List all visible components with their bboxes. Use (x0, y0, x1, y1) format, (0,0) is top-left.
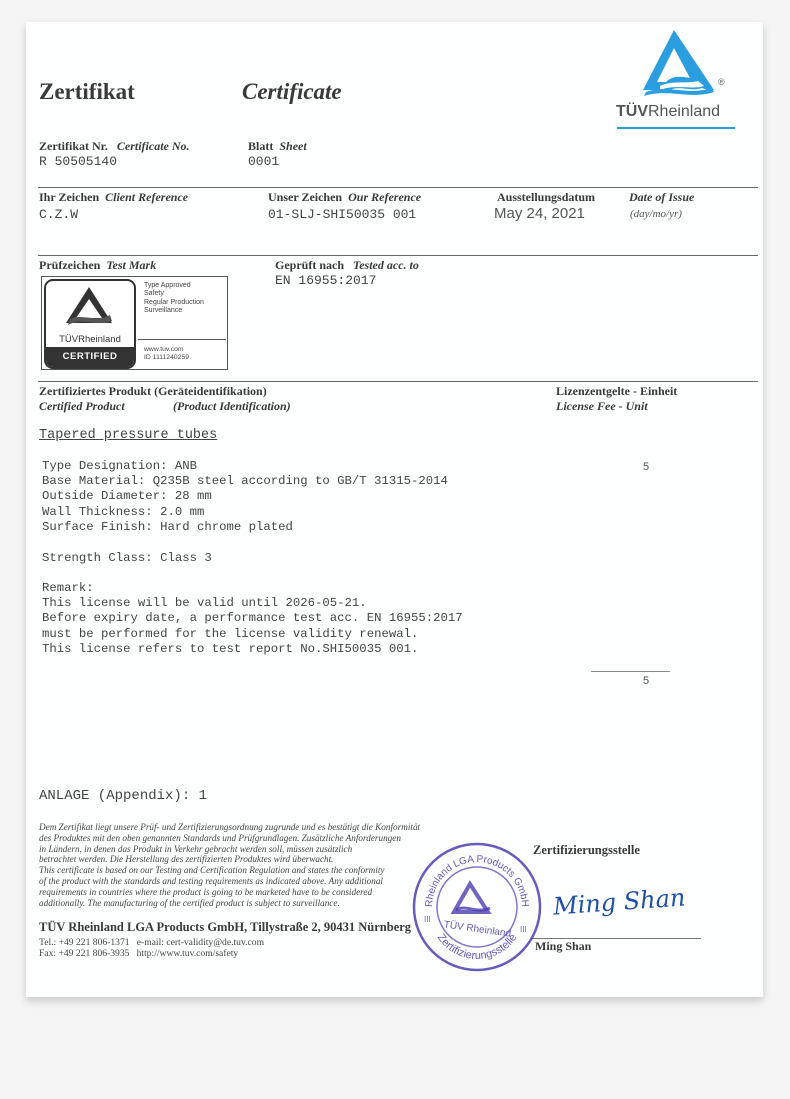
stamp-top-text: Rheinland LGA Products GmbH (424, 854, 530, 907)
company-email[interactable]: e-mail: cert-validity@de.tuv.com (137, 937, 264, 948)
our-reference-label: Unser Zeichen Our Reference (268, 190, 421, 205)
remark-label: Remark: (42, 581, 463, 596)
remark-line: Before expiry date, a performance test a… (42, 611, 463, 626)
fee-total-rule (591, 671, 670, 672)
remark-line: This license refers to test report No.SH… (42, 642, 463, 657)
badge-certified: CERTIFIED (46, 347, 134, 367)
strength-class: Strength Class: Class 3 (42, 551, 212, 566)
tested-acc-value: EN 16955:2017 (275, 273, 376, 288)
certificate-page: Zertifikat Certificate ® TÜVRheinland Ze… (26, 22, 763, 997)
product-name: Tapered pressure tubes (39, 428, 217, 443)
license-fee-value: 5 (643, 461, 649, 473)
license-fee-label-de: Lizenzentgelte - Einheit (556, 384, 677, 399)
registered-mark: ® (718, 77, 725, 87)
certificate-no-label: Zertifikat Nr. Certificate No. (39, 139, 190, 154)
title-german: Zertifikat (39, 79, 135, 105)
license-fee-total: 5 (643, 675, 649, 687)
spec-line: Type Designation: ANB (42, 459, 448, 474)
test-mark-label: Prüfzeichen Test Mark (39, 258, 156, 273)
spec-line: Wall Thickness: 2.0 mm (42, 505, 448, 520)
sheet-label: Blatt Sheet (248, 139, 307, 154)
spec-line: Outside Diameter: 28 mm (42, 489, 448, 504)
stamp-icon: Rheinland LGA Products GmbH Zertifizieru… (410, 840, 544, 974)
tuv-triangle-logo-icon (616, 26, 736, 102)
svg-text:III: III (424, 915, 431, 924)
tuv-wordmark: TÜVRheinland (616, 103, 720, 121)
badge-brand: TÜVRheinland (46, 334, 134, 345)
date-of-issue-label-de: Ausstellungsdatum (497, 190, 595, 205)
tuv-certified-logo: TÜVRheinland CERTIFIED (44, 279, 136, 369)
tested-acc-label: Geprüft nach Tested acc. to (275, 258, 419, 273)
product-specs: Type Designation: ANB Base Material: Q23… (42, 459, 448, 535)
certification-body-label: Zertifizierungsstelle (533, 843, 640, 858)
badge-lines: Type Approved Safety Regular Production … (144, 282, 204, 316)
company-contact: Tel.: +49 221 806-1371 e-mail: cert-vali… (39, 937, 264, 959)
divider (38, 381, 758, 382)
appendix: ANLAGE (Appendix): 1 (39, 788, 207, 804)
spec-line: Base Material: Q235B steel according to … (42, 474, 448, 489)
divider (38, 187, 758, 188)
license-fee-label-en: License Fee - Unit (556, 399, 648, 414)
date-of-issue-value: May 24, 2021 (494, 205, 585, 222)
remark-line: This license will be valid until 2026-05… (42, 596, 463, 611)
sheet-value: 0001 (248, 154, 279, 169)
svg-text:Rheinland LGA Products GmbH: Rheinland LGA Products GmbH (424, 854, 530, 907)
client-reference-label: Ihr Zeichen Client Reference (39, 190, 188, 205)
certificate-no-value: R 50505140 (39, 154, 117, 169)
certified-product-label-de: Zertifiziertes Produkt (Geräteidentifika… (39, 384, 267, 399)
remarks: Remark: This license will be valid until… (42, 581, 463, 657)
badge-divider (138, 339, 226, 340)
svg-text:III: III (520, 925, 527, 934)
company-website[interactable]: http://www.tuv.com/safety (137, 948, 239, 959)
date-format-hint: (day/mo/yr) (630, 208, 682, 220)
title-english: Certificate (242, 79, 342, 105)
remark-line: must be performed for the license validi… (42, 627, 463, 642)
tuv-rheinland-logo: ® TÜVRheinland (616, 26, 736, 136)
company-fax: Fax: +49 221 806-3935 (39, 948, 129, 959)
certification-stamp: Rheinland LGA Products GmbH Zertifizieru… (410, 840, 544, 974)
legal-text: Dem Zertifikat liegt unsere Prüf- und Ze… (39, 822, 420, 908)
logo-underline (617, 127, 735, 129)
spec-line: Surface Finish: Hard chrome plated (42, 520, 448, 535)
our-reference-value: 01-SLJ-SHI50035 001 (268, 207, 416, 222)
company-tel: Tel.: +49 221 806-1371 (39, 937, 130, 948)
client-reference-value: C.Z.W (39, 207, 78, 222)
divider (38, 255, 758, 256)
tuv-triangle-icon (60, 285, 118, 327)
certified-product-label-en: Certified Product (39, 399, 125, 414)
date-of-issue-label-en: Date of Issue (629, 190, 694, 205)
signature: Ming Shan (552, 883, 686, 920)
stamp-brand: TÜV Rheinland (443, 918, 512, 939)
product-identification-label: (Product Identification) (173, 399, 291, 414)
badge-footer: www.tuv.com ID 1111240259 (144, 346, 189, 362)
test-mark-badge: TÜVRheinland CERTIFIED Type Approved Saf… (41, 276, 228, 370)
company-name: TÜV Rheinland LGA Products GmbH, Tillyst… (39, 920, 411, 935)
